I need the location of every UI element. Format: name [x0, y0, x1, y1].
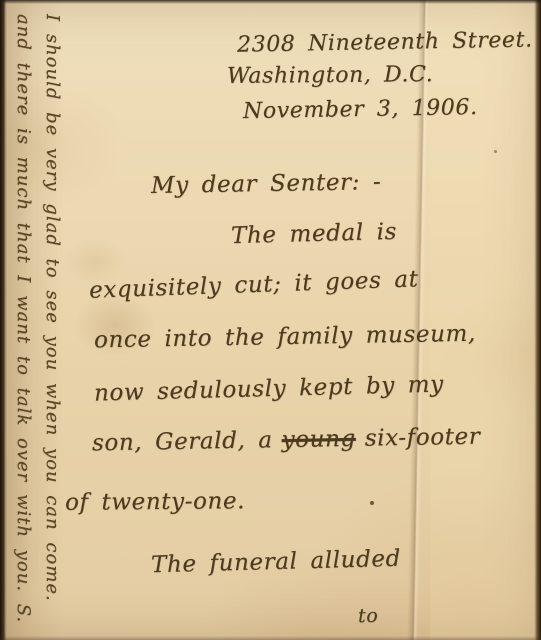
ink-speck	[494, 150, 497, 153]
struck-through-word: young	[281, 426, 356, 453]
margin-note-vertical: I should be very glad to see you when yo…	[5, 14, 67, 622]
heading-date: November 3, 1906.	[243, 95, 478, 124]
salutation: My dear Senter: -	[151, 169, 382, 199]
margin-note-line2: and there is much that I want to talk ov…	[9, 14, 38, 622]
heading-address-street: 2308 Nineteenth Street.	[237, 27, 533, 57]
body-line-5-pre: son, Gerald, a	[92, 427, 273, 456]
body-line-5-post: six-footer	[365, 424, 481, 452]
paper-edge-top	[0, 0, 541, 4]
catchword-to: to	[358, 605, 379, 627]
heading-address-city: Washington, D.C.	[227, 62, 434, 89]
ink-speck	[370, 501, 374, 505]
body-line-1: The medal is	[231, 219, 398, 249]
body-line-6: of twenty-one.	[65, 488, 245, 516]
margin-note-line1: I should be very glad to see you when yo…	[38, 14, 67, 622]
paper-edge-right	[534, 0, 541, 640]
paper-edge-bottom	[0, 636, 541, 640]
letter-scan: I should be very glad to see you when yo…	[0, 0, 541, 640]
